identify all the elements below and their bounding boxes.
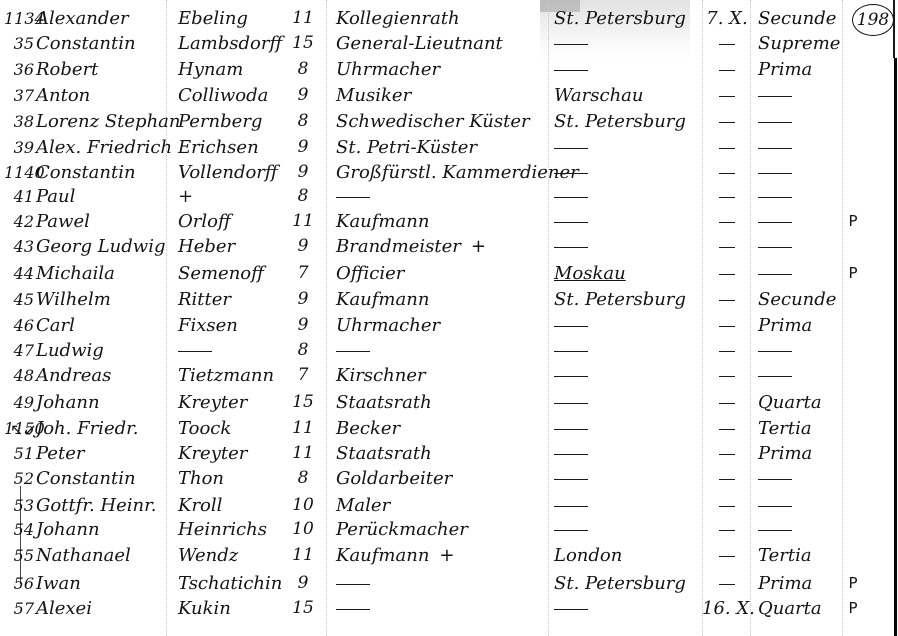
- entry-number-cell: 47: [4, 338, 34, 363]
- dash-mark: [719, 530, 735, 531]
- entry-number-cell: 41: [4, 184, 34, 209]
- dash-mark: [719, 247, 735, 248]
- occupation-cell: [336, 338, 546, 363]
- date-cell: [702, 160, 752, 185]
- first-name-cell: Ludwig: [36, 338, 186, 363]
- occupation-cell: Maler: [336, 493, 546, 518]
- dash-mark: [719, 351, 735, 352]
- dash-mark: [554, 609, 588, 610]
- dash-mark: [719, 454, 735, 455]
- age-cell: 9: [288, 234, 318, 259]
- dash-mark: [719, 326, 735, 327]
- dash-mark: [758, 247, 792, 248]
- dash-mark: [336, 197, 370, 198]
- entry-number-cell: 55: [4, 543, 34, 568]
- dash-mark: [719, 96, 735, 97]
- entry-number-cell: 52: [4, 466, 34, 491]
- first-name-cell: Constantin: [36, 466, 186, 491]
- dash-mark: [758, 351, 792, 352]
- place-cell: St. Petersburg: [554, 571, 694, 596]
- occupation-cell: [336, 571, 546, 596]
- school-class-cell: [758, 517, 848, 542]
- age-cell: 9: [288, 135, 318, 160]
- school-class-cell: Prima: [758, 441, 848, 466]
- table-row: 44MichailaSemenoff7OfficierMoskauP: [0, 261, 898, 286]
- occupation-cell: Perückmacher: [336, 517, 546, 542]
- age-cell: 10: [288, 493, 318, 518]
- first-name-cell: Iwan: [36, 571, 186, 596]
- place-cell: [554, 313, 694, 338]
- place-cell: St. Petersburg: [554, 109, 694, 134]
- occupation-cell: Großfürstl. Kammerdiener: [336, 160, 546, 185]
- surname-cell: Colliwoda: [178, 83, 298, 108]
- school-class-cell: [758, 338, 848, 363]
- dash-mark: [719, 556, 735, 557]
- surname-cell: Pernberg: [178, 109, 298, 134]
- dash-mark: [554, 173, 588, 174]
- mark-cell: P: [846, 209, 860, 234]
- school-class-cell: Quarta: [758, 390, 848, 415]
- dash-mark: [178, 351, 212, 352]
- date-cell: [702, 571, 752, 596]
- date-cell: [702, 184, 752, 209]
- occupation-cell: Kollegienrath: [336, 6, 546, 31]
- table-row: 57AlexeiKukin1516. X.QuartaP: [0, 596, 898, 621]
- school-class-cell: [758, 466, 848, 491]
- dash-mark: [758, 506, 792, 507]
- surname-cell: Toock: [178, 416, 298, 441]
- date-cell: [702, 109, 752, 134]
- age-cell: 11: [288, 209, 318, 234]
- place-cell: [554, 31, 694, 56]
- first-name-cell: Wilhelm: [36, 287, 186, 312]
- school-class-cell: Prima: [758, 313, 848, 338]
- dash-mark: [719, 70, 735, 71]
- place-cell: [554, 596, 694, 621]
- dash-mark: [719, 479, 735, 480]
- surname-cell: Kreyter: [178, 390, 298, 415]
- table-row: 46CarlFixsen9UhrmacherPrima: [0, 313, 898, 338]
- age-cell: 15: [288, 596, 318, 621]
- deceased-cross-mark: +: [471, 236, 486, 257]
- dash-mark: [554, 479, 588, 480]
- place-cell: London: [554, 543, 694, 568]
- mark-cell: P: [846, 571, 860, 596]
- date-cell: [702, 517, 752, 542]
- age-cell: 7: [288, 363, 318, 388]
- place-cell: [554, 338, 694, 363]
- dash-mark: [336, 609, 370, 610]
- dash-mark: [719, 429, 735, 430]
- dash-mark: [719, 44, 735, 45]
- dash-mark: [554, 454, 588, 455]
- dash-mark: [554, 70, 588, 71]
- first-name-cell: Pawel: [36, 209, 186, 234]
- dash-mark: [554, 376, 588, 377]
- place-cell: [554, 363, 694, 388]
- first-name-cell: Johann: [36, 390, 186, 415]
- entry-number-cell: 1140: [4, 160, 34, 185]
- date-cell: [702, 261, 752, 286]
- age-cell: 11: [288, 543, 318, 568]
- occupation-cell: Officier: [336, 261, 546, 286]
- table-row: 1140ConstantinVollendorff9Großfürstl. Ka…: [0, 160, 898, 185]
- school-class-cell: Secunde: [758, 287, 848, 312]
- age-cell: 11: [288, 441, 318, 466]
- occupation-cell: [336, 596, 546, 621]
- dash-mark: [719, 506, 735, 507]
- surname-cell: Vollendorff: [178, 160, 298, 185]
- entry-number-cell: 54: [4, 517, 34, 542]
- surname-cell: Kroll: [178, 493, 298, 518]
- entry-number-cell: 49: [4, 390, 34, 415]
- entry-number-cell: 1150: [4, 416, 34, 441]
- table-row: 39Alex. FriedrichErichsen9St. Petri-Küst…: [0, 135, 898, 160]
- school-class-cell: [758, 209, 848, 234]
- surname-cell: Wendz: [178, 543, 298, 568]
- table-row: 42PawelOrloff11KaufmannP: [0, 209, 898, 234]
- school-class-cell: [758, 261, 848, 286]
- deceased-cross-mark: +: [439, 545, 454, 566]
- occupation-cell: Kirschner: [336, 363, 546, 388]
- school-class-cell: [758, 109, 848, 134]
- place-cell: [554, 517, 694, 542]
- dash-mark: [719, 403, 735, 404]
- entry-number-cell: 37: [4, 83, 34, 108]
- register-page: 198 ↖↙ 1134AlexanderEbeling11Kollegienra…: [0, 0, 898, 636]
- first-name-cell: Robert: [36, 57, 186, 82]
- table-row: 54JohannHeinrichs10Perückmacher: [0, 517, 898, 542]
- date-cell: [702, 135, 752, 160]
- table-row: 41Paul+8: [0, 184, 898, 209]
- dash-mark: [554, 429, 588, 430]
- surname-cell: Heber: [178, 234, 298, 259]
- place-cell: [554, 416, 694, 441]
- age-cell: 9: [288, 287, 318, 312]
- first-name-cell: Joh. Friedr.: [36, 416, 186, 441]
- age-cell: 9: [288, 160, 318, 185]
- first-name-cell: Lorenz Stephan: [36, 109, 186, 134]
- age-cell: 10: [288, 517, 318, 542]
- date-cell: [702, 338, 752, 363]
- first-name-cell: Gottfr. Heinr.: [36, 493, 186, 518]
- school-class-cell: Quarta: [758, 596, 848, 621]
- school-class-cell: [758, 160, 848, 185]
- school-class-cell: Tertia: [758, 416, 848, 441]
- date-cell: [702, 466, 752, 491]
- first-name-cell: Michaila: [36, 261, 186, 286]
- place-cell: St. Petersburg: [554, 6, 694, 31]
- dash-mark: [554, 44, 588, 45]
- place-cell: Warschau: [554, 83, 694, 108]
- dash-mark: [554, 326, 588, 327]
- dash-mark: [719, 122, 735, 123]
- mark-cell: P: [846, 261, 860, 286]
- age-cell: 8: [288, 466, 318, 491]
- table-row: 36RobertHynam8UhrmacherPrima: [0, 57, 898, 82]
- dash-mark: [719, 274, 735, 275]
- entry-number-cell: 36: [4, 57, 34, 82]
- date-cell: [702, 493, 752, 518]
- entry-number-cell: 38: [4, 109, 34, 134]
- table-row: 56IwanTschatichin9St. PetersburgPrimaP: [0, 571, 898, 596]
- entry-number-cell: 53: [4, 493, 34, 518]
- table-row: 35ConstantinLambsdorff15General-Lieutnan…: [0, 31, 898, 56]
- entry-number-cell: 1134: [4, 6, 34, 31]
- occupation-cell: St. Petri-Küster: [336, 135, 546, 160]
- surname-cell: Erichsen: [178, 135, 298, 160]
- first-name-cell: Alexander: [36, 6, 186, 31]
- dash-mark: [554, 222, 588, 223]
- age-cell: 11: [288, 6, 318, 31]
- occupation-cell: Staatsrath: [336, 390, 546, 415]
- date-cell: 7. X.: [702, 6, 752, 31]
- surname-cell: Kukin: [178, 596, 298, 621]
- date-cell: [702, 83, 752, 108]
- age-cell: 7: [288, 261, 318, 286]
- first-name-cell: Carl: [36, 313, 186, 338]
- dash-mark: [719, 584, 735, 585]
- table-row: 45WilhelmRitter9KaufmannSt. PetersburgSe…: [0, 287, 898, 312]
- date-cell: [702, 313, 752, 338]
- school-class-cell: [758, 363, 848, 388]
- occupation-cell: Uhrmacher: [336, 57, 546, 82]
- table-row: 47Ludwig8: [0, 338, 898, 363]
- age-cell: 9: [288, 313, 318, 338]
- date-cell: [702, 234, 752, 259]
- dash-mark: [719, 376, 735, 377]
- occupation-cell: Staatsrath: [336, 441, 546, 466]
- occupation-cell: Goldarbeiter: [336, 466, 546, 491]
- place-cell: [554, 390, 694, 415]
- surname-cell: Semenoff: [178, 261, 298, 286]
- dash-mark: [554, 530, 588, 531]
- surname-cell: Orloff: [178, 209, 298, 234]
- school-class-cell: Prima: [758, 57, 848, 82]
- entry-number-cell: 45: [4, 287, 34, 312]
- occupation-cell: Musiker: [336, 83, 546, 108]
- surname-cell: Kreyter: [178, 441, 298, 466]
- school-class-cell: [758, 135, 848, 160]
- age-cell: 8: [288, 57, 318, 82]
- first-name-cell: Nathanael: [36, 543, 186, 568]
- entry-number-cell: 39: [4, 135, 34, 160]
- mark-cell: P: [846, 596, 860, 621]
- table-row: 49JohannKreyter15StaatsrathQuarta: [0, 390, 898, 415]
- dash-mark: [336, 584, 370, 585]
- table-row: 37AntonColliwoda9MusikerWarschau: [0, 83, 898, 108]
- dash-mark: [758, 96, 792, 97]
- date-cell: [702, 543, 752, 568]
- entry-number-cell: 48: [4, 363, 34, 388]
- first-name-cell: Peter: [36, 441, 186, 466]
- first-name-cell: Georg Ludwig: [36, 234, 186, 259]
- entry-number-cell: 57: [4, 596, 34, 621]
- dash-mark: [719, 222, 735, 223]
- surname-cell: Tschatichin: [178, 571, 298, 596]
- dash-mark: [554, 506, 588, 507]
- occupation-cell: Kaufmann: [336, 209, 546, 234]
- dash-mark: [554, 351, 588, 352]
- age-cell: 9: [288, 83, 318, 108]
- surname-cell: Lambsdorff: [178, 31, 298, 56]
- first-name-cell: Paul: [36, 184, 186, 209]
- dash-mark: [758, 197, 792, 198]
- age-cell: 8: [288, 184, 318, 209]
- place-cell: [554, 493, 694, 518]
- date-cell: [702, 416, 752, 441]
- first-name-cell: Anton: [36, 83, 186, 108]
- entry-number-cell: 51: [4, 441, 34, 466]
- place-cell: [554, 184, 694, 209]
- place-cell: [554, 209, 694, 234]
- dash-mark: [719, 173, 735, 174]
- surname-cell: Hynam: [178, 57, 298, 82]
- first-name-cell: Constantin: [36, 160, 186, 185]
- age-cell: 9: [288, 571, 318, 596]
- dash-mark: [554, 247, 588, 248]
- place-cell: [554, 160, 694, 185]
- occupation-cell: Becker: [336, 416, 546, 441]
- table-row: 43Georg LudwigHeber9Brandmeister+: [0, 234, 898, 259]
- date-cell: [702, 209, 752, 234]
- school-class-cell: [758, 493, 848, 518]
- surname-cell: Thon: [178, 466, 298, 491]
- surname-cell: Ebeling: [178, 6, 298, 31]
- dash-mark: [719, 148, 735, 149]
- table-row: 53Gottfr. Heinr.Kroll10Maler: [0, 493, 898, 518]
- entry-number-cell: 35: [4, 31, 34, 56]
- dash-mark: [719, 197, 735, 198]
- table-row: 48AndreasTietzmann7Kirschner: [0, 363, 898, 388]
- surname-cell: Tietzmann: [178, 363, 298, 388]
- dash-mark: [758, 148, 792, 149]
- school-class-cell: Supreme: [758, 31, 848, 56]
- school-class-cell: Tertia: [758, 543, 848, 568]
- entry-number-cell: 56: [4, 571, 34, 596]
- first-name-cell: Alexei: [36, 596, 186, 621]
- table-row: 38Lorenz StephanPernberg8Schwedischer Kü…: [0, 109, 898, 134]
- place-cell: [554, 466, 694, 491]
- table-row: 1150Joh. Friedr.Toock11BeckerTertia: [0, 416, 898, 441]
- entry-number-cell: 43: [4, 234, 34, 259]
- occupation-cell: General-Lieutnant: [336, 31, 546, 56]
- entry-number-cell: 46: [4, 313, 34, 338]
- surname-cell: [178, 338, 298, 363]
- table-row: 52ConstantinThon8Goldarbeiter: [0, 466, 898, 491]
- surname-cell: Fixsen: [178, 313, 298, 338]
- table-row: 1134AlexanderEbeling11KollegienrathSt. P…: [0, 6, 898, 31]
- first-name-cell: Johann: [36, 517, 186, 542]
- dash-mark: [554, 148, 588, 149]
- dash-mark: [554, 197, 588, 198]
- age-cell: 11: [288, 416, 318, 441]
- place-cell: [554, 135, 694, 160]
- school-class-cell: [758, 83, 848, 108]
- dash-mark: [758, 274, 792, 275]
- surname-cell: +: [178, 184, 298, 209]
- place-cell: [554, 441, 694, 466]
- school-class-cell: Secunde: [758, 6, 848, 31]
- occupation-cell: Uhrmacher: [336, 313, 546, 338]
- first-name-cell: Andreas: [36, 363, 186, 388]
- age-cell: 8: [288, 109, 318, 134]
- dash-mark: [758, 173, 792, 174]
- place-cell: Moskau: [554, 261, 694, 286]
- school-class-cell: [758, 184, 848, 209]
- occupation-cell: Schwedischer Küster: [336, 109, 546, 134]
- date-cell: [702, 390, 752, 415]
- school-class-cell: [758, 234, 848, 259]
- surname-cell: Heinrichs: [178, 517, 298, 542]
- dash-mark: [758, 122, 792, 123]
- occupation-cell: [336, 184, 546, 209]
- school-class-cell: Prima: [758, 571, 848, 596]
- date-cell: 16. X.: [702, 596, 752, 621]
- table-row: 55NathanaelWendz11Kaufmann+LondonTertia: [0, 543, 898, 568]
- place-cell: [554, 57, 694, 82]
- first-name-cell: Constantin: [36, 31, 186, 56]
- dash-mark: [719, 300, 735, 301]
- date-cell: [702, 363, 752, 388]
- age-cell: 15: [288, 390, 318, 415]
- entry-number-cell: 44: [4, 261, 34, 286]
- date-cell: [702, 57, 752, 82]
- occupation-cell: Brandmeister+: [336, 234, 546, 259]
- table-row: 51PeterKreyter11StaatsrathPrima: [0, 441, 898, 466]
- dash-mark: [554, 403, 588, 404]
- dash-mark: [336, 351, 370, 352]
- surname-cell: Ritter: [178, 287, 298, 312]
- place-cell: [554, 234, 694, 259]
- dash-mark: [758, 376, 792, 377]
- occupation-cell: Kaufmann: [336, 287, 546, 312]
- date-cell: [702, 287, 752, 312]
- entry-number-cell: 42: [4, 209, 34, 234]
- age-cell: 8: [288, 338, 318, 363]
- occupation-cell: Kaufmann+: [336, 543, 546, 568]
- first-name-cell: Alex. Friedrich: [36, 135, 186, 160]
- age-cell: 15: [288, 31, 318, 56]
- date-cell: [702, 441, 752, 466]
- date-cell: [702, 31, 752, 56]
- dash-mark: [758, 479, 792, 480]
- dash-mark: [758, 530, 792, 531]
- place-cell: St. Petersburg: [554, 287, 694, 312]
- dash-mark: [758, 222, 792, 223]
